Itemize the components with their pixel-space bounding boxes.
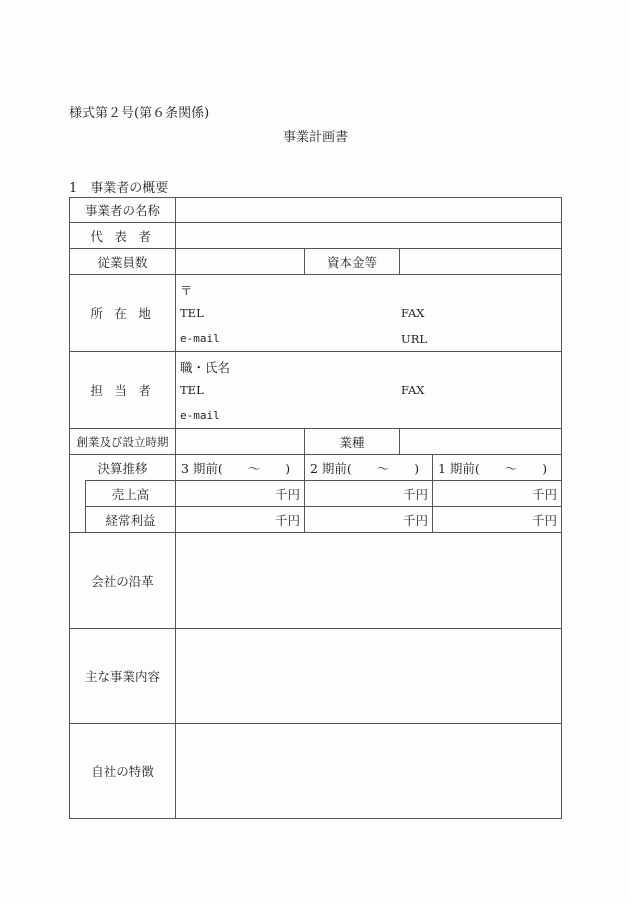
period-2[interactable]: 2 期前( ～ ) — [305, 455, 432, 480]
address-tel-label: TEL — [180, 306, 204, 320]
contact-fax-label: FAX — [401, 383, 424, 397]
field-employees[interactable] — [176, 249, 304, 274]
label-address: 所 在 地 — [70, 275, 175, 351]
address-url-label: URL — [401, 332, 427, 346]
contact-tel-label: TEL — [180, 383, 204, 397]
address-postal-label: 〒 — [180, 281, 193, 299]
form-number: 様式第２号(第６条関係) — [69, 102, 209, 121]
label-settlement: 決算推移 — [70, 455, 175, 480]
field-capital[interactable] — [400, 249, 561, 274]
label-employees: 従業員数 — [70, 249, 175, 274]
profit-period-2[interactable]: 千円 — [305, 507, 432, 532]
label-features: 自社の特徴 — [70, 724, 175, 818]
col-border — [561, 197, 562, 819]
period-3[interactable]: 3 期前( ～ ) — [176, 455, 304, 480]
label-founded: 創業及び設立時期 — [70, 429, 175, 454]
field-features[interactable] — [176, 724, 561, 818]
field-business-name[interactable] — [176, 198, 561, 222]
field-representative[interactable] — [176, 223, 561, 248]
field-industry[interactable] — [400, 429, 561, 454]
profit-period-1[interactable]: 千円 — [433, 507, 561, 532]
sales-period-2[interactable]: 千円 — [305, 481, 432, 506]
label-contact: 担 当 者 — [70, 352, 175, 428]
label-business-name: 事業者の名称 — [70, 198, 175, 222]
contact-email-label: e-mail — [180, 409, 220, 422]
label-ordinary-profit: 経常利益 — [86, 507, 175, 532]
contact-name-label: 職・氏名 — [180, 358, 230, 376]
field-main-business[interactable] — [176, 629, 561, 723]
address-email-label: e-mail — [180, 332, 220, 345]
sales-period-1[interactable]: 千円 — [433, 481, 561, 506]
label-capital: 資本金等 — [305, 249, 399, 274]
section-heading: 1 事業者の概要 — [69, 177, 168, 196]
row-border — [69, 818, 562, 819]
profit-period-3[interactable]: 千円 — [176, 507, 304, 532]
field-history[interactable] — [176, 533, 561, 628]
label-sales: 売上高 — [86, 481, 175, 506]
label-history: 会社の沿革 — [70, 533, 175, 628]
document-title: 事業計画書 — [283, 126, 348, 145]
label-main-business: 主な事業内容 — [70, 629, 175, 723]
period-1[interactable]: 1 期前( ～ ) — [433, 455, 561, 480]
label-industry: 業種 — [305, 429, 399, 454]
sales-period-3[interactable]: 千円 — [176, 481, 304, 506]
address-fax-label: FAX — [401, 306, 424, 320]
label-representative: 代 表 者 — [70, 223, 175, 248]
field-founded[interactable] — [176, 429, 304, 454]
